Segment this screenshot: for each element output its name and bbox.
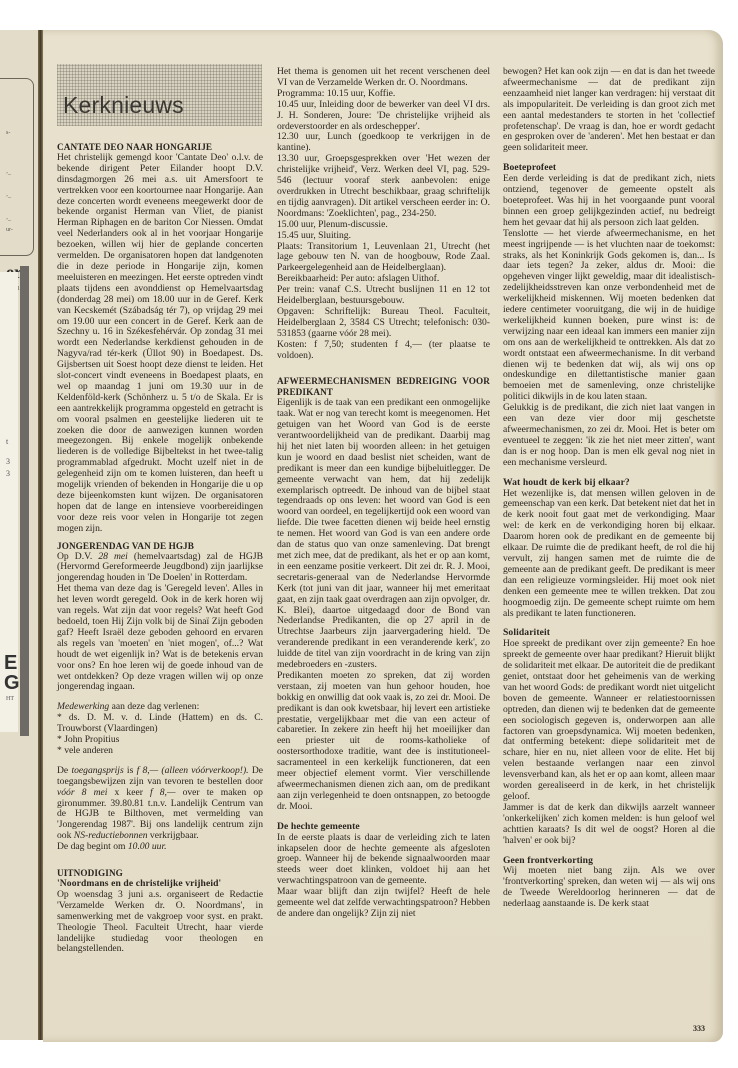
paragraph: Maar waar blijft dan zijn twijfel? Heeft… (277, 887, 490, 920)
text-run: x keer (107, 787, 150, 798)
paragraph: bewogen? Het kan ook zijn — en dat is da… (503, 67, 715, 154)
section-title: Kerknieuws (63, 92, 184, 119)
start-time-paragraph: De dag begint om 10.00 uur. (57, 842, 263, 853)
paragraph: Het thema is genomen uit het recent vers… (277, 67, 490, 89)
paragraph: Tenslotte — het vierde afweermechanisme,… (503, 229, 715, 404)
article-subheading: Wat houdt de kerk bij elkaar? (503, 478, 715, 489)
paragraph: Per trein: vanaf C.S. Utrecht buslijnen … (277, 285, 490, 307)
spacer (57, 853, 263, 862)
paragraph: Op woensdag 3 juni a.s. organiseert de R… (57, 890, 263, 955)
emphasis-text: Medewerking (57, 701, 109, 712)
emphasis-text: f 8,— (alleen vóórverkoop!). (137, 765, 249, 776)
emphasis-text: f 8,— (150, 787, 175, 798)
paragraph: 15.00 uur, Plenum-discussie. (277, 220, 490, 231)
paragraph: 12.30 uur, Lunch (goedkoop te verkrijgen… (277, 132, 490, 154)
paragraph: 10.45 uur, Inleiding door de bewerker va… (277, 100, 490, 133)
prev-fragment: 3 (6, 470, 10, 478)
paragraph: 13.30 uur, Groepsgesprekken over 'Het we… (277, 154, 490, 219)
spacer (277, 361, 490, 370)
emphasis-text: vóór 8 mei (57, 787, 107, 798)
prev-fragment: 3 (6, 458, 10, 466)
paragraph: Plaats: Transitorium 1, Leuvenlaan 21, U… (277, 242, 490, 275)
previous-page-strip: s- ’– ’– ’– ur- er 15511 t 3 3 E G HT (0, 30, 40, 1040)
paragraph: Kosten: f 7,50; studenten f 4,— (ter pla… (277, 340, 490, 362)
article-subheading: De hechte gemeente (277, 822, 490, 833)
paragraph: Opgaven: Schriftelijk: Bureau Theol. Fac… (277, 307, 490, 340)
paragraph: Hoe spreekt de predikant over zijn gemee… (503, 639, 715, 803)
price-paragraph: De toegangsprijs is f 8,— (alleen vóórve… (57, 766, 263, 842)
paragraph: In de eerste plaats is daar de verleidin… (277, 833, 490, 888)
left-column: CANTATE DEO NAAR HONGARIJEHet christelij… (57, 136, 263, 955)
right-column: bewogen? Het kan ook zijn — en dat is da… (503, 67, 715, 910)
paragraph: Het wezenlijke is, dat mensen willen gel… (503, 489, 715, 620)
middle-column: Het thema is genomen uit het recent vers… (277, 67, 490, 920)
paragraph: Predikanten moeten zo spreken, dat zij w… (277, 671, 490, 813)
paragraph: 15.45 uur, Sluiting. (277, 231, 490, 242)
prev-fragment: ’– (6, 172, 11, 178)
text-run: Op D.V. (57, 551, 98, 562)
text-run: aan deze dag verlenen: (109, 701, 199, 712)
paragraph: Wij moeten niet bang zijn. Als we over '… (503, 866, 715, 910)
emphasis-text: toegangsprijs (71, 765, 123, 776)
prev-small-text: HT (6, 696, 14, 702)
text-run: is (124, 765, 137, 776)
prev-fragment: t (6, 438, 8, 446)
paragraph: Jammer is dat de kerk dan dikwijls aarze… (503, 803, 715, 847)
paragraph: * ds. D. M. v. d. Linde (Hattem) en ds. … (57, 713, 263, 735)
emphasis-text: 28 mei (98, 551, 128, 562)
text-run: De (57, 765, 71, 776)
paragraph: Eigenlijk is de taak van een predikant e… (277, 398, 490, 671)
text-run: verkrijgbaar. (148, 830, 199, 841)
article-heading: AFWEERMECHANISMEN BEDREIGING VOOR PREDIK… (277, 376, 490, 398)
text-run: De dag begint om (57, 841, 128, 852)
paragraph: Op D.V. 28 mei (hemelvaartsdag) zal de H… (57, 552, 263, 585)
prev-fragment: ur- (6, 227, 13, 233)
paragraph: Gelukkig is de predikant, die zich niet … (503, 403, 715, 468)
prev-fragment: ’– (6, 195, 11, 201)
prev-fragment: s- (6, 130, 10, 136)
emphasis-text: NS-reductiebonnen (74, 830, 148, 841)
prev-dark-bar (20, 266, 29, 736)
section-masthead: Kerknieuws (57, 64, 262, 126)
paragraph: Het christelijk gemengd koor 'Cantate De… (57, 153, 263, 535)
paragraph: Het thema van deze dag is 'Geregeld leve… (57, 584, 263, 693)
prev-fragment: ’– (6, 218, 11, 224)
page-number: 333 (693, 1024, 705, 1033)
paragraph: Een derde verleiding is dat de predikant… (503, 174, 715, 229)
prev-big-letter: G (4, 672, 20, 695)
paragraph: * vele anderen (57, 746, 263, 757)
emphasis-text: 10.00 uur. (128, 841, 167, 852)
